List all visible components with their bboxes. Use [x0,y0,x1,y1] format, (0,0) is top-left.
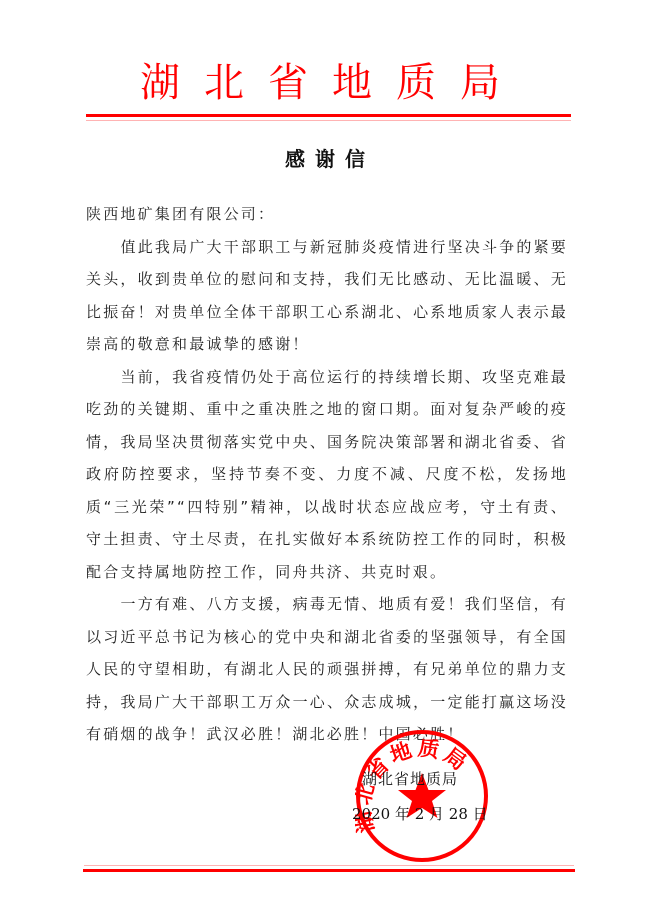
footer-rule-thin [84,865,574,866]
letter-title: 感谢信 [0,143,650,172]
official-seal: 湖北省地质局 [355,729,489,863]
date: 2020 年 2 月 28 日 [352,803,488,824]
paragraph-3: 一方有难、八方支援，病毒无情、地质有爱！我们坚信，有以习近平总书记为核心的党中央… [86,588,568,751]
footer-rule-thick [83,869,575,872]
letterhead-rule-top-thick [86,114,571,117]
paragraph-2: 当前，我省疫情仍处于高位运行的持续增长期、攻坚克难最吃劲的关键期、重中之重决胜之… [86,361,568,589]
letterhead-title: 湖北省地质局 [100,58,540,108]
signature: 湖北省地质局 [362,768,458,789]
letterhead-rule-top-thin [86,120,571,121]
paragraph-1: 值此我局广大干部职工与新冠肺炎疫情进行坚决斗争的紧要关头，收到贵单位的慰问和支持… [86,231,568,361]
letter-body: 陕西地矿集团有限公司： 值此我局广大干部职工与新冠肺炎疫情进行坚决斗争的紧要关头… [86,198,568,751]
salutation: 陕西地矿集团有限公司： [86,198,568,231]
